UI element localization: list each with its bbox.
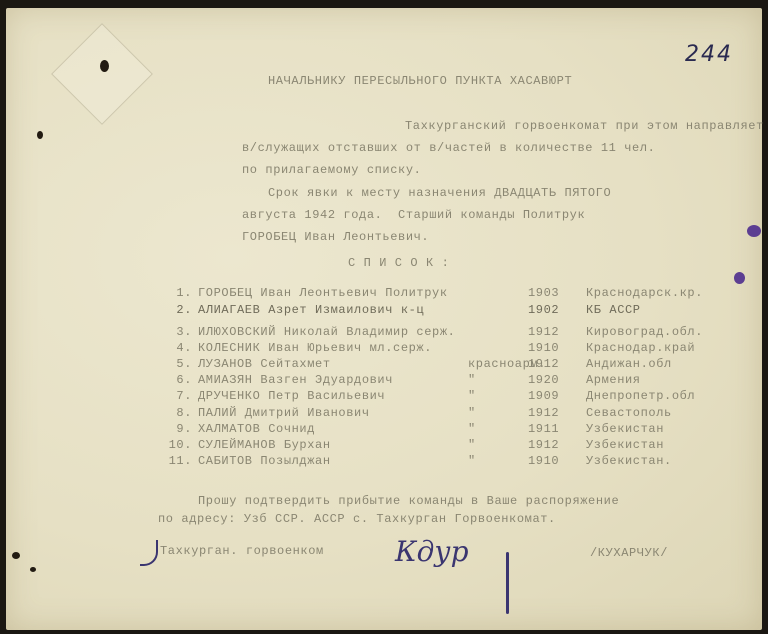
paper-fold: [51, 23, 153, 125]
closing-line: по адресу: Узб ССР. АССР с. Тахкурган Го…: [158, 512, 556, 526]
item-number: 9.: [168, 422, 192, 436]
list-item: 6. АМИАЗЯН Вазген Эдуардович " 1920 Арме…: [168, 373, 728, 390]
item-name: СУЛЕЙМАНОВ Бурхан: [198, 438, 331, 452]
list-item: 9. ХАЛМАТОВ Сочнид " 1911 Узбекистан: [168, 422, 728, 439]
item-year: 1912: [528, 325, 559, 339]
list-item: 10. СУЛЕЙМАНОВ Бурхан " 1912 Узбекистан: [168, 438, 728, 455]
item-year: 1912: [528, 357, 559, 371]
item-year: 1910: [528, 454, 559, 468]
signatory-name: /КУХАРЧУК/: [590, 546, 668, 560]
item-place: Краснодар.край: [586, 341, 695, 355]
item-year: 1902: [528, 303, 559, 317]
item-place: Андижан.обл: [586, 357, 672, 371]
item-place: Узбекистан: [586, 438, 664, 452]
item-number: 3.: [168, 325, 192, 339]
item-name: ИЛЮХОВСКИЙ Николай Владимир серж.: [198, 325, 455, 339]
item-number: 7.: [168, 389, 192, 403]
item-number: 10.: [168, 438, 192, 452]
punch-hole: [100, 60, 109, 72]
punch-hole: [30, 567, 36, 572]
item-name: ХАЛМАТОВ Сочнид: [198, 422, 315, 436]
deadline-line: Срок явки к месту назначения ДВАДЦАТЬ ПЯ…: [268, 186, 611, 200]
list-item: 8. ПАЛИЙ Дмитрий Иванович " 1912 Севасто…: [168, 406, 728, 423]
item-name: ПАЛИЙ Дмитрий Иванович: [198, 406, 370, 420]
item-year: 1903: [528, 286, 559, 300]
item-year: 1909: [528, 389, 559, 403]
item-rank: ": [468, 373, 476, 387]
item-rank: ": [468, 422, 476, 436]
item-year: 1910: [528, 341, 559, 355]
punch-hole: [12, 552, 20, 559]
list-item: 3. ИЛЮХОВСКИЙ Николай Владимир серж. 191…: [168, 325, 728, 342]
deadline-line: ГОРОБЕЦ Иван Леонтьевич.: [242, 230, 429, 244]
page-number: 244: [685, 42, 733, 67]
item-name: АЛИАГАЕВ Азрет Измаилович к-ц: [198, 303, 424, 317]
item-name: ГОРОБЕЦ Иван Леонтьевич Политрук: [198, 286, 448, 300]
intro-line: в/служащих отставших от в/частей в колич…: [242, 141, 655, 155]
list-item: 11. САБИТОВ Позылджан " 1910 Узбекистан.: [168, 454, 728, 471]
item-name: АМИАЗЯН Вазген Эдуардович: [198, 373, 393, 387]
list-title: С П И С О К :: [348, 256, 449, 270]
item-place: Армения: [586, 373, 641, 387]
document-header: НАЧАЛЬНИКУ ПЕРЕСЫЛЬНОГО ПУНКТА ХАСАВЮРТ: [268, 74, 572, 88]
item-number: 1.: [168, 286, 192, 300]
intro-line: Тахкурганский горвоенкомат при этом напр…: [405, 119, 764, 133]
item-place: Днепропетр.обл: [586, 389, 695, 403]
item-number: 5.: [168, 357, 192, 371]
item-number: 8.: [168, 406, 192, 420]
item-year: 1911: [528, 422, 559, 436]
item-place: Краснодарск.кр.: [586, 286, 703, 300]
closing-line: Прошу подтвердить прибытие команды в Ваш…: [198, 494, 619, 508]
list-item: 5. ЛУЗАНОВ Сейтахмет красноарм. 1912 Анд…: [168, 357, 728, 374]
item-place: Севастополь: [586, 406, 672, 420]
item-number: 11.: [168, 454, 192, 468]
item-place: КБ АССР: [586, 303, 641, 317]
signature-stroke: [506, 552, 509, 614]
item-place: Кировоград.обл.: [586, 325, 703, 339]
list-item: 4. КОЛЕСНИК Иван Юрьевич мл.серж. 1910 К…: [168, 341, 728, 358]
intro-line: по прилагаемому списку.: [242, 163, 421, 177]
list-item: 1. ГОРОБЕЦ Иван Леонтьевич Политрук 1903…: [168, 286, 728, 303]
item-year: 1920: [528, 373, 559, 387]
item-place: Узбекистан.: [586, 454, 672, 468]
punch-hole: [37, 131, 43, 139]
item-rank: ": [468, 438, 476, 452]
item-name: ЛУЗАНОВ Сейтахмет: [198, 357, 331, 371]
item-rank: ": [468, 389, 476, 403]
list-item: 7. ДРУЧЕНКО Петр Васильевич " 1909 Днепр…: [168, 389, 728, 406]
item-name: САБИТОВ Позылджан: [198, 454, 331, 468]
item-number: 6.: [168, 373, 192, 387]
item-name: КОЛЕСНИК Иван Юрьевич мл.серж.: [198, 341, 432, 355]
item-number: 2.: [168, 303, 192, 317]
item-rank: ": [468, 406, 476, 420]
item-number: 4.: [168, 341, 192, 355]
item-year: 1912: [528, 406, 559, 420]
ink-stain: [734, 272, 745, 284]
handwritten-signature: Кдур: [395, 535, 469, 568]
ink-stain: [747, 225, 761, 237]
item-name: ДРУЧЕНКО Петр Васильевич: [198, 389, 385, 403]
list-item: 2. АЛИАГАЕВ Азрет Измаилович к-ц 1902 КБ…: [168, 303, 728, 320]
item-year: 1912: [528, 438, 559, 452]
deadline-line: августа 1942 года. Старший команды Полит…: [242, 208, 585, 222]
signatory-title: Тахкурган. горвоенком: [160, 544, 324, 558]
item-rank: ": [468, 454, 476, 468]
item-place: Узбекистан: [586, 422, 664, 436]
